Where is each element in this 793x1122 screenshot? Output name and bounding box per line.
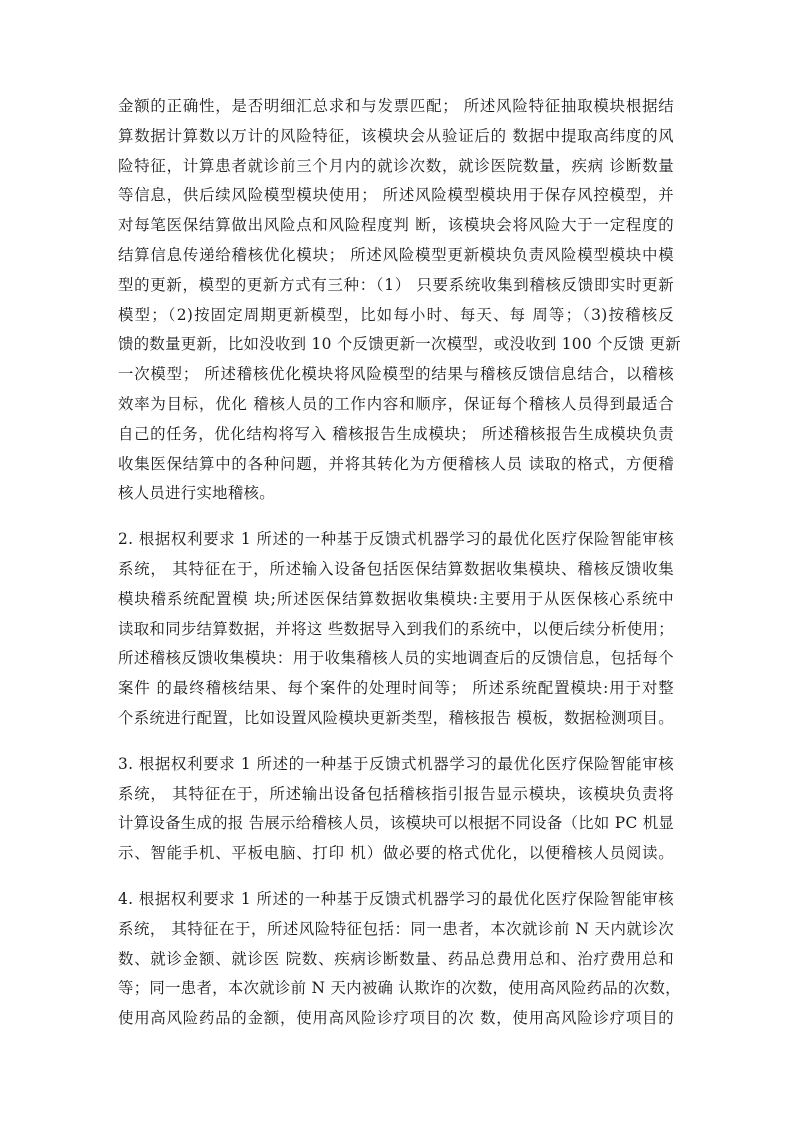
text-line: 算数据计算数以万计的风险特征，该模块会从验证后的 数据中提取高纬度的风 bbox=[118, 122, 674, 152]
document-page: 金额的正确性，是否明细汇总求和与发票匹配； 所述风险特征抽取模块根据结 算数据计… bbox=[118, 92, 674, 1034]
text-line: 收集医保结算中的各种问题，并将其转化为方便稽核人员 读取的格式，方便稽 bbox=[118, 450, 674, 480]
text-line: 案件 的最终稽核结果、每个案件的处理时间等； 所述系统配置模块:用于对整 bbox=[118, 674, 674, 704]
text-line: 馈的数量更新，比如没收到 10 个反馈更新一次模型，或没收到 100 个反馈 更… bbox=[118, 330, 674, 360]
text-line: 自己的任务，优化结构将写入 稽核报告生成模块； 所述稽核报告生成模块负责 bbox=[118, 420, 674, 450]
text-line: 3. 根据权利要求 1 所述的一种基于反馈式机器学习的最优化医疗保险智能审核 bbox=[118, 750, 674, 780]
text-line: 一次模型； 所述稽核优化模块将风险模型的结果与稽核反馈信息结合，以稽核 bbox=[118, 360, 674, 390]
text-line: 读取和同步结算数据，并将这 些数据导入到我们的系统中，以便后续分析使用； bbox=[118, 615, 674, 645]
text-line: 系统， 其特征在于，所述风险特征包括：同一患者，本次就诊前 N 天内就诊次 bbox=[118, 915, 674, 945]
text-line: 结算信息传递给稽核优化模块； 所述风险模型更新模块负责风险模型模块中模 bbox=[118, 241, 674, 271]
text-line: 个系统进行配置，比如设置风险模块更新类型，稽核报告 模板，数据检测项目。 bbox=[118, 704, 674, 734]
text-line: 使用高风险药品的金额，使用高风险诊疗项目的次 数，使用高风险诊疗项目的 bbox=[118, 1004, 674, 1034]
paragraph-claim-3: 3. 根据权利要求 1 所述的一种基于反馈式机器学习的最优化医疗保险智能审核 系… bbox=[118, 750, 674, 869]
text-line: 等信息，供后续风险模型模块使用； 所述风险模型模块用于保存风控模型，并 bbox=[118, 181, 674, 211]
text-line: 模块稽系统配置模 块;所述医保结算数据收集模块:主要用于从医保核心系统中 bbox=[118, 585, 674, 615]
paragraph-claim-1-continued: 金额的正确性，是否明细汇总求和与发票匹配； 所述风险特征抽取模块根据结 算数据计… bbox=[118, 92, 674, 509]
text-line: 险特征，计算患者就诊前三个月内的就诊次数，就诊医院数量，疾病 诊断数量 bbox=[118, 152, 674, 182]
text-line: 系统， 其特征在于，所述输入设备包括医保结算数据收集模块、稽核反馈收集 bbox=[118, 555, 674, 585]
text-line: 金额的正确性，是否明细汇总求和与发票匹配； 所述风险特征抽取模块根据结 bbox=[118, 92, 674, 122]
paragraph-claim-2: 2. 根据权利要求 1 所述的一种基于反馈式机器学习的最优化医疗保险智能审核 系… bbox=[118, 525, 674, 734]
paragraph-claim-4: 4. 根据权利要求 1 所述的一种基于反馈式机器学习的最优化医疗保险智能审核 系… bbox=[118, 885, 674, 1034]
text-line: 系统， 其特征在于，所述输出设备包括稽核指引报告显示模块，该模块负责将 bbox=[118, 780, 674, 810]
text-line: 示、智能手机、平板电脑、打印 机）做必要的格式优化，以便稽核人员阅读。 bbox=[118, 839, 674, 869]
text-line: 模型；（2)按固定周期更新模型，比如每小时、每天、每 周等；（3)按稽核反 bbox=[118, 301, 674, 331]
text-line: 核人员进行实地稽核。 bbox=[118, 479, 674, 509]
text-line: 数、就诊金额、就诊医 院数、疾病诊断数量、药品总费用总和、治疗费用总和 bbox=[118, 945, 674, 975]
text-line: 4. 根据权利要求 1 所述的一种基于反馈式机器学习的最优化医疗保险智能审核 bbox=[118, 885, 674, 915]
text-line: 等；同一患者，本次就诊前 N 天内被确 认欺诈的次数，使用高风险药品的次数， bbox=[118, 974, 674, 1004]
text-line: 2. 根据权利要求 1 所述的一种基于反馈式机器学习的最优化医疗保险智能审核 bbox=[118, 525, 674, 555]
text-line: 计算设备生成的报 告展示给稽核人员，该模块可以根据不同设备（比如 PC 机显 bbox=[118, 809, 674, 839]
text-line: 效率为目标，优化 稽核人员的工作内容和顺序，保证每个稽核人员得到最适合 bbox=[118, 390, 674, 420]
text-line: 所述稽核反馈收集模块：用于收集稽核人员的实地调查后的反馈信息，包括每个 bbox=[118, 644, 674, 674]
text-line: 型的更新，模型的更新方式有三种：（1） 只要系统收集到稽核反馈即实时更新 bbox=[118, 271, 674, 301]
text-line: 对每笔医保结算做出风险点和风险程度判 断，该模块会将风险大于一定程度的 bbox=[118, 211, 674, 241]
